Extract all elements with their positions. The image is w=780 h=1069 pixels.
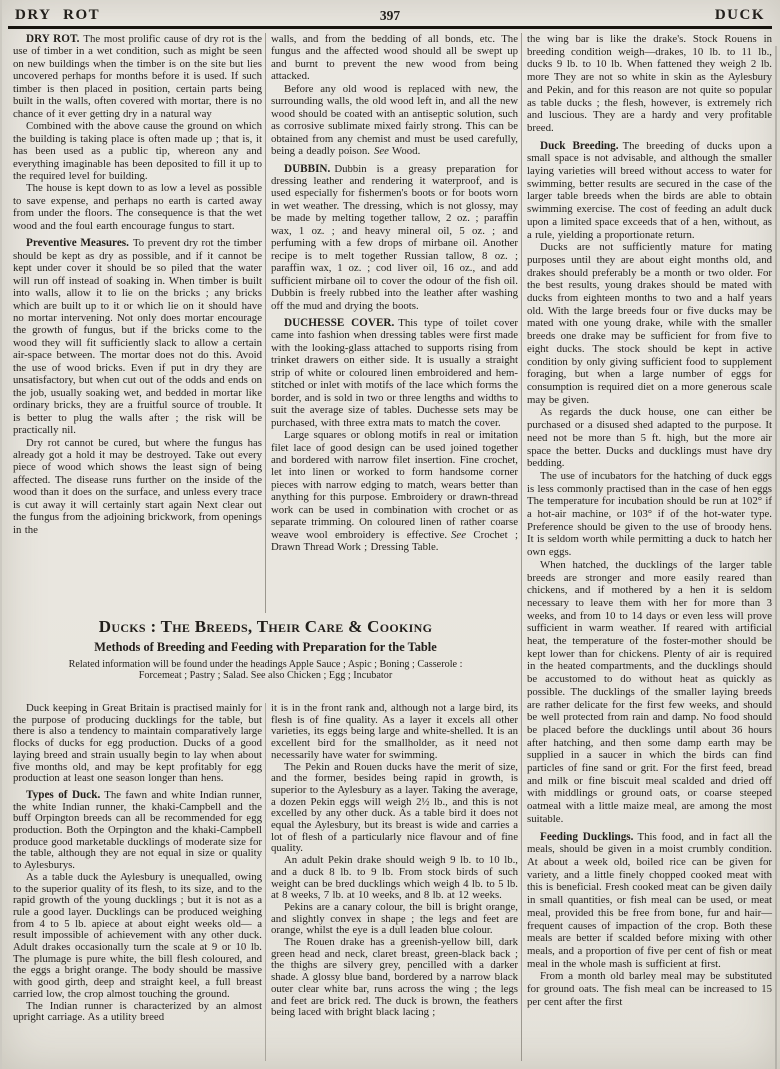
paragraph: As regards the duck house, one can eithe… <box>527 406 772 470</box>
section-note-line2: Forcemeat ; Pastry ; Salad. See also Chi… <box>12 670 519 681</box>
article-lead-dry-rot: DRY ROT. <box>26 33 83 45</box>
paragraph-text: the wing bar is like the drake's. Stock … <box>527 33 772 134</box>
subheading-preventive-measures: Preventive Measures. <box>26 237 133 249</box>
paragraph-text: The Rouen drake has a greenish-yellow bi… <box>271 936 518 1018</box>
paragraph-text: To prevent dry rot the timber should be … <box>13 237 262 436</box>
paragraph-text: Dubbin is a greasy preparation for dress… <box>271 163 518 312</box>
paragraph-text: The breeding of ducks upon a small space… <box>527 140 772 241</box>
paragraph: From a month old barley meal may be subs… <box>527 970 772 1008</box>
header-rule <box>8 26 772 29</box>
paragraph-text: As a table duck the Aylesbury is unequal… <box>13 871 262 1000</box>
paragraph: As a table duck the Aylesbury is unequal… <box>13 872 262 1001</box>
paragraph: Dry rot cannot be cured, but where the f… <box>13 437 262 537</box>
column-duck: the wing bar is like the drake's. Stock … <box>527 33 772 1008</box>
column-middle: walls, and from the bedding of all bonds… <box>271 33 518 554</box>
paragraph: the wing bar is like the drake's. Stock … <box>527 33 772 135</box>
paragraph-text: The use of incubators for the hatching o… <box>527 470 772 558</box>
column-rule-left-bottom <box>265 703 266 1061</box>
paragraph-text: Large squares or oblong motifs in real o… <box>271 429 518 541</box>
running-head-right: DUCK <box>715 7 765 24</box>
paragraph: The Rouen drake has a greenish-yellow bi… <box>271 937 518 1019</box>
paragraph-text: The Indian runner is characterized by an… <box>13 1000 262 1024</box>
cross-reference-see: See <box>374 145 389 157</box>
paragraph: Before any old wood is replaced with new… <box>271 83 518 158</box>
paragraph-text: Duck keeping in Great Britain is practis… <box>13 702 262 784</box>
cross-reference-see: See <box>451 529 466 541</box>
paragraph: it is in the front rank and, although no… <box>271 703 518 762</box>
column-dry-rot: DRY ROT.The most prolific cause of dry r… <box>13 33 262 536</box>
paragraph-text: As regards the duck house, one can eithe… <box>527 406 772 469</box>
paragraph: DRY ROT.The most prolific cause of dry r… <box>13 33 262 120</box>
paragraph: Pekins are a canary colour, the bill is … <box>271 902 518 937</box>
paragraph: Feeding Ducklings.This food, and in fact… <box>527 831 772 971</box>
paragraph: Preventive Measures.To prevent dry rot t… <box>13 237 262 436</box>
subheading-duck-breeding: Duck Breeding. <box>540 140 623 152</box>
article-lead-duchesse-cover: DUCHESSE COVER. <box>284 317 398 329</box>
column-rule-left-top <box>265 33 266 613</box>
paragraph: The house is kept down to as low a level… <box>13 182 262 232</box>
paragraph: Ducks are not sufficiently mature for ma… <box>527 241 772 406</box>
section-heading-ducks: Ducks : The Breeds, Their Care & Cooking… <box>12 617 519 682</box>
section-note-line1: Related information will be found under … <box>12 659 519 670</box>
paragraph: The use of incubators for the hatching o… <box>527 470 772 559</box>
paragraph: DUCHESSE COVER.This type of toilet cover… <box>271 317 518 429</box>
paragraph-text: The most prolific cause of dry rot is th… <box>13 33 262 120</box>
running-head-left: DRY ROT <box>15 7 100 24</box>
scan-edge-left <box>0 0 2 1069</box>
paragraph: When hatched, the ducklings of the large… <box>527 559 772 826</box>
column-rule-right <box>521 33 522 1061</box>
cross-reference-refs: Wood. <box>389 145 420 157</box>
paragraph-text: it is in the front rank and, although no… <box>271 702 518 761</box>
section-title: Ducks : The Breeds, Their Care & Cooking <box>12 617 519 637</box>
page-number: 397 <box>380 8 400 24</box>
paragraph-text: Dry rot cannot be cured, but where the f… <box>13 437 262 536</box>
paragraph: walls, and from the bedding of all bonds… <box>271 33 518 83</box>
paragraph-text: Combined with the above cause the ground… <box>13 120 262 182</box>
subheading-types-of-duck: Types of Duck. <box>26 789 104 801</box>
column-bottom-middle: it is in the front rank and, although no… <box>271 703 518 1019</box>
paragraph-text: The fawn and white Indian runner, the wh… <box>13 789 262 871</box>
article-lead-dubbin: DUBBIN. <box>284 163 334 175</box>
section-subtitle: Methods of Breeding and Feeding with Pre… <box>12 640 519 655</box>
paragraph: The Pekin and Rouen ducks have the merit… <box>271 762 518 856</box>
book-page: DRY ROT 397 DUCK DRY ROT.The most prolif… <box>0 0 780 1069</box>
paragraph: DUBBIN.Dubbin is a greasy preparation fo… <box>271 163 518 312</box>
paragraph-text: walls, and from the bedding of all bonds… <box>271 33 518 82</box>
paragraph: Types of Duck.The fawn and white Indian … <box>13 790 262 872</box>
paragraph: Duck keeping in Great Britain is practis… <box>13 703 262 785</box>
paragraph-text: This type of toilet cover came into fash… <box>271 317 518 429</box>
scan-edge-right <box>775 46 777 1069</box>
paragraph: Large squares or oblong motifs in real o… <box>271 429 518 554</box>
paragraph-text: This food, and in fact all the meals, sh… <box>527 831 772 970</box>
paragraph: An adult Pekin drake should weigh 9 lb. … <box>271 855 518 902</box>
subheading-feeding-ducklings: Feeding Ducklings. <box>540 831 637 843</box>
paragraph-text: The house is kept down to as low a level… <box>13 182 262 231</box>
paragraph-text: An adult Pekin drake should weigh 9 lb. … <box>271 854 518 901</box>
paragraph-text: When hatched, the ducklings of the large… <box>527 559 772 825</box>
paragraph: The Indian runner is characterized by an… <box>13 1001 262 1024</box>
paragraph: Duck Breeding.The breeding of ducks upon… <box>527 140 772 242</box>
paragraph-text: From a month old barley meal may be subs… <box>527 970 772 1007</box>
paragraph-text: Pekins are a canary colour, the bill is … <box>271 901 518 936</box>
paragraph-text: The Pekin and Rouen ducks have the merit… <box>271 761 518 855</box>
paragraph: Combined with the above cause the ground… <box>13 120 262 182</box>
column-bottom-left: Duck keeping in Great Britain is practis… <box>13 703 262 1024</box>
paragraph-text: Ducks are not sufficiently mature for ma… <box>527 241 772 405</box>
